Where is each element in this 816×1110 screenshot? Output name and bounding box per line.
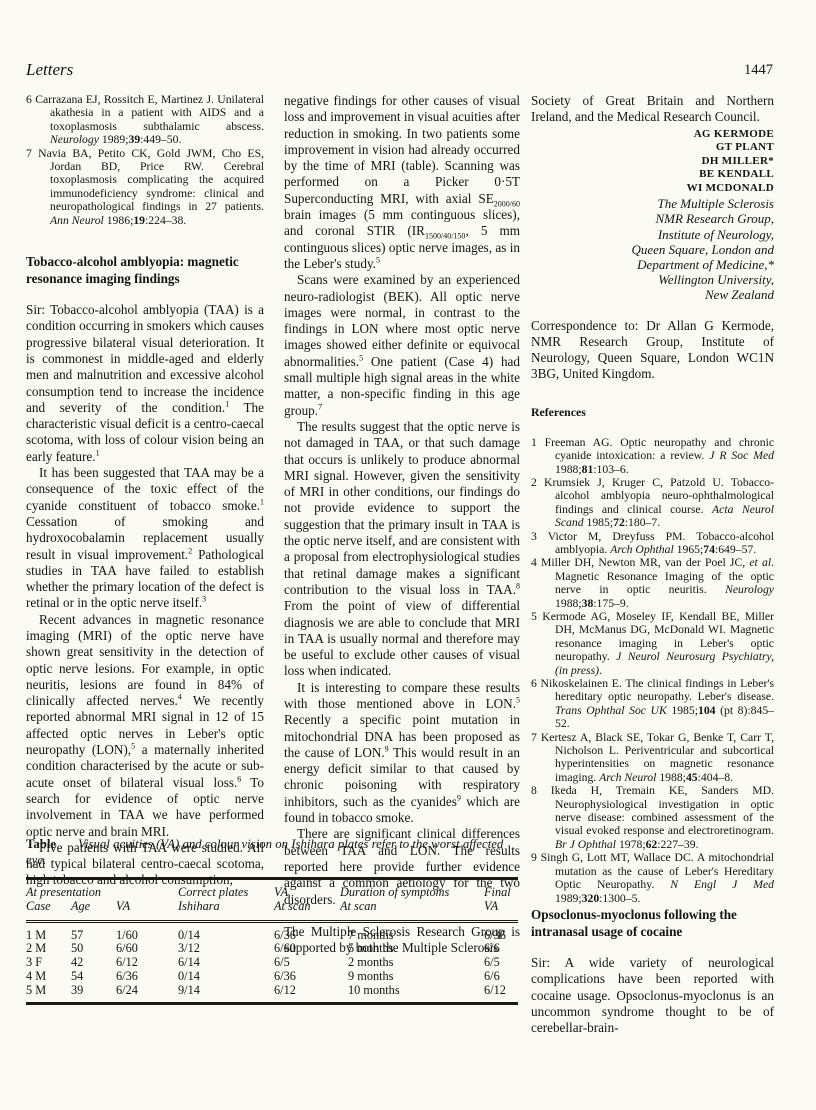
page-number: 1447 <box>744 62 773 79</box>
reference-text: Carrazana EJ, Rossitch E, Martinez J. Un… <box>35 93 264 146</box>
reference-number: 6 <box>531 677 537 690</box>
reference-number: 4 <box>531 556 537 569</box>
cell-ishihara: 0/14 <box>178 921 274 942</box>
table-row: 4 M546/360/146/369 months6/6 <box>26 970 518 984</box>
references-heading: References <box>531 405 774 420</box>
affiliation-line: Wellington University, <box>531 272 774 287</box>
reference-item: 7 Navia BA, Petito CK, Gold JWM, Cho ES,… <box>26 147 264 227</box>
correspondence: Correspondence to: Dr Allan G Kermode, N… <box>531 318 774 383</box>
reference-text: Kermode AG, Moseley IF, Kendall BE, Mill… <box>542 610 774 677</box>
reference-number: 3 <box>531 530 537 543</box>
table-caption-text: Visual acuities (VA) and colour vision o… <box>26 837 503 867</box>
cell-ishihara: 0/14 <box>178 970 274 984</box>
affiliation-line: New Zealand <box>531 287 774 302</box>
signature: WI MCDONALD <box>531 182 774 196</box>
acknowledgment-continued: Society of Great Britain and Northern Ir… <box>531 93 774 126</box>
cell-duration: 10 months <box>340 984 484 1003</box>
cell-age: 57 <box>71 921 116 942</box>
paragraph: Sir: A wide variety of neurological comp… <box>531 955 774 1036</box>
reference-item: 4 Miller DH, Newton MR, van der Poel JC,… <box>531 556 774 610</box>
cell-duration: 2 months <box>340 956 484 970</box>
cell-case: 4 M <box>26 970 71 984</box>
cell-age: 39 <box>71 984 116 1003</box>
paragraph: Scans were examined by an experienced ne… <box>284 272 520 419</box>
cell-va-scan: 6/60 <box>274 942 340 956</box>
reference-text: Navia BA, Petito CK, Gold JWM, Cho ES, J… <box>38 147 264 227</box>
reference-text: Kertesz A, Black SE, Tokar G, Benke T, C… <box>541 731 774 784</box>
patients-table: At presentation Correct plates VA Durati… <box>26 877 518 1005</box>
cell-final-va: 6/5 <box>484 956 518 970</box>
affiliation-block: The Multiple Sclerosis NMR Research Grou… <box>531 196 774 302</box>
column-header: Ishihara <box>178 900 274 921</box>
column-header: At scan <box>274 900 340 921</box>
table-row: 2 M506/603/126/605 months6/6 <box>26 942 518 956</box>
reference-item: 2 Krumsiek J, Kruger C, Patzold U. Tobac… <box>531 476 774 530</box>
cell-va-scan: 6/5 <box>274 956 340 970</box>
reference-number: 7 <box>531 731 537 744</box>
second-letter: Opsoclonus-myoclonus following the intra… <box>531 906 774 1036</box>
cell-age: 42 <box>71 956 116 970</box>
table-caption-label: Table <box>26 837 56 851</box>
reference-number: 5 <box>531 610 537 623</box>
section-title: Letters <box>26 60 73 79</box>
signature: BE KENDALL <box>531 168 774 182</box>
column-header: At scan <box>340 900 484 921</box>
cell-va: 1/60 <box>116 921 178 942</box>
cell-duration: 9 months <box>340 970 484 984</box>
reference-item: 7 Kertesz A, Black SE, Tokar G, Benke T,… <box>531 731 774 785</box>
cell-va-scan: 6/36 <box>274 970 340 984</box>
cell-va: 6/24 <box>116 984 178 1003</box>
reference-text: Krumsiek J, Kruger C, Patzold U. Tobacco… <box>544 476 774 529</box>
column-header: Age <box>71 900 116 921</box>
table-row: 3 F426/126/146/52 months6/5 <box>26 956 518 970</box>
signature: GT PLANT <box>531 141 774 155</box>
cell-duration: 7 months <box>340 921 484 942</box>
page-header: Letters 1447 <box>26 60 773 84</box>
reference-item: 8 Ikeda H, Tremain KE, Sanders MD. Neuro… <box>531 784 774 851</box>
cell-ishihara: 3/12 <box>178 942 274 956</box>
cell-case: 3 F <box>26 956 71 970</box>
reference-text: Singh G, Lott MT, Wallace DC. A mitochon… <box>541 851 774 904</box>
cell-final-va: 6/6 <box>484 942 518 956</box>
left-column: 6 Carrazana EJ, Rossitch E, Martinez J. … <box>26 93 264 889</box>
signature: AG KERMODE <box>531 128 774 142</box>
affiliation-line: Department of Medicine,* <box>531 257 774 272</box>
reference-number: 1 <box>531 436 537 449</box>
cell-va: 6/12 <box>116 956 178 970</box>
cell-case: 1 M <box>26 921 71 942</box>
column-header: Correct plates <box>178 879 274 900</box>
reference-item: 9 Singh G, Lott MT, Wallace DC. A mitoch… <box>531 851 774 905</box>
cell-final-va: 6/6 <box>484 970 518 984</box>
reference-number: 8 <box>531 784 537 797</box>
affiliation-line: The Multiple Sclerosis <box>531 196 774 211</box>
column-header: Duration of symptoms <box>340 879 484 900</box>
affiliation-line: NMR Research Group, <box>531 211 774 226</box>
column-group-header: At presentation <box>26 879 178 900</box>
paragraph: It is interesting to compare these resul… <box>284 680 520 827</box>
cell-ishihara: 9/14 <box>178 984 274 1003</box>
reference-item: 3 Victor M, Dreyfuss PM. Tobacco-alcohol… <box>531 530 774 557</box>
cell-va-scan: 6/36 <box>274 921 340 942</box>
column-header: Case <box>26 900 71 921</box>
letter-title: Opsoclonus-myoclonus following the intra… <box>531 906 774 940</box>
column-header: Final <box>484 879 518 900</box>
reference-text: Nikoskelainen E. The clinical findings i… <box>541 677 774 730</box>
table-row: 5 M396/249/146/1210 months6/12 <box>26 984 518 1003</box>
cell-case: 5 M <box>26 984 71 1003</box>
reference-number: 7 <box>26 147 32 160</box>
paragraph: The results suggest that the optic nerve… <box>284 419 520 680</box>
affiliation-line: Queen Square, London and <box>531 242 774 257</box>
cell-age: 54 <box>71 970 116 984</box>
reference-text: Victor M, Dreyfuss PM. Tobacco-alcohol a… <box>548 530 774 556</box>
column-header: VA <box>274 879 340 900</box>
right-column: Society of Great Britain and Northern Ir… <box>531 93 774 905</box>
reference-item: 1 Freeman AG. Optic neuropathy and chron… <box>531 436 774 476</box>
middle-column: negative findings for other causes of vi… <box>284 93 520 956</box>
paragraph: Recent advances in magnetic resonance im… <box>26 612 264 840</box>
reference-number: 2 <box>531 476 537 489</box>
paragraph: Sir: Tobacco-alcohol amblyopia (TAA) is … <box>26 302 264 465</box>
cell-va: 6/60 <box>116 942 178 956</box>
cell-duration: 5 months <box>340 942 484 956</box>
reference-text: Miller DH, Newton MR, van der Poel JC, e… <box>541 556 774 609</box>
column-header: VA <box>116 900 178 921</box>
reference-text: Freeman AG. Optic neuropathy and chronic… <box>545 436 774 476</box>
column-header: VA <box>484 900 518 921</box>
table-caption: TableVisual acuities (VA) and colour vis… <box>26 836 506 868</box>
table-header: At presentation Correct plates VA Durati… <box>26 879 518 922</box>
reference-number: 6 <box>26 93 32 106</box>
cell-final-va: 6/12 <box>484 984 518 1003</box>
reference-item: 6 Carrazana EJ, Rossitch E, Martinez J. … <box>26 93 264 147</box>
cell-va: 6/36 <box>116 970 178 984</box>
paragraph: negative findings for other causes of vi… <box>284 93 520 272</box>
reference-number: 9 <box>531 851 537 864</box>
cell-case: 2 M <box>26 942 71 956</box>
table-block: TableVisual acuities (VA) and colour vis… <box>26 836 518 1005</box>
reference-item: 6 Nikoskelainen E. The clinical findings… <box>531 677 774 731</box>
letter-title: Tobacco-alcohol amblyopia: magnetic reso… <box>26 253 264 287</box>
signature: DH MILLER* <box>531 155 774 169</box>
signature-block: AG KERMODE GT PLANT DH MILLER* BE KENDAL… <box>531 128 774 196</box>
cell-age: 50 <box>71 942 116 956</box>
reference-text: Ikeda H, Tremain KE, Sanders MD. Neuroph… <box>551 784 774 851</box>
affiliation-line: Institute of Neurology, <box>531 227 774 242</box>
table-row: 1 M571/600/146/367 months6/36 <box>26 921 518 942</box>
paragraph: It has been suggested that TAA may be a … <box>26 465 264 612</box>
cell-final-va: 6/36 <box>484 921 518 942</box>
cell-ishihara: 6/14 <box>178 956 274 970</box>
cell-va-scan: 6/12 <box>274 984 340 1003</box>
reference-item: 5 Kermode AG, Moseley IF, Kendall BE, Mi… <box>531 610 774 677</box>
